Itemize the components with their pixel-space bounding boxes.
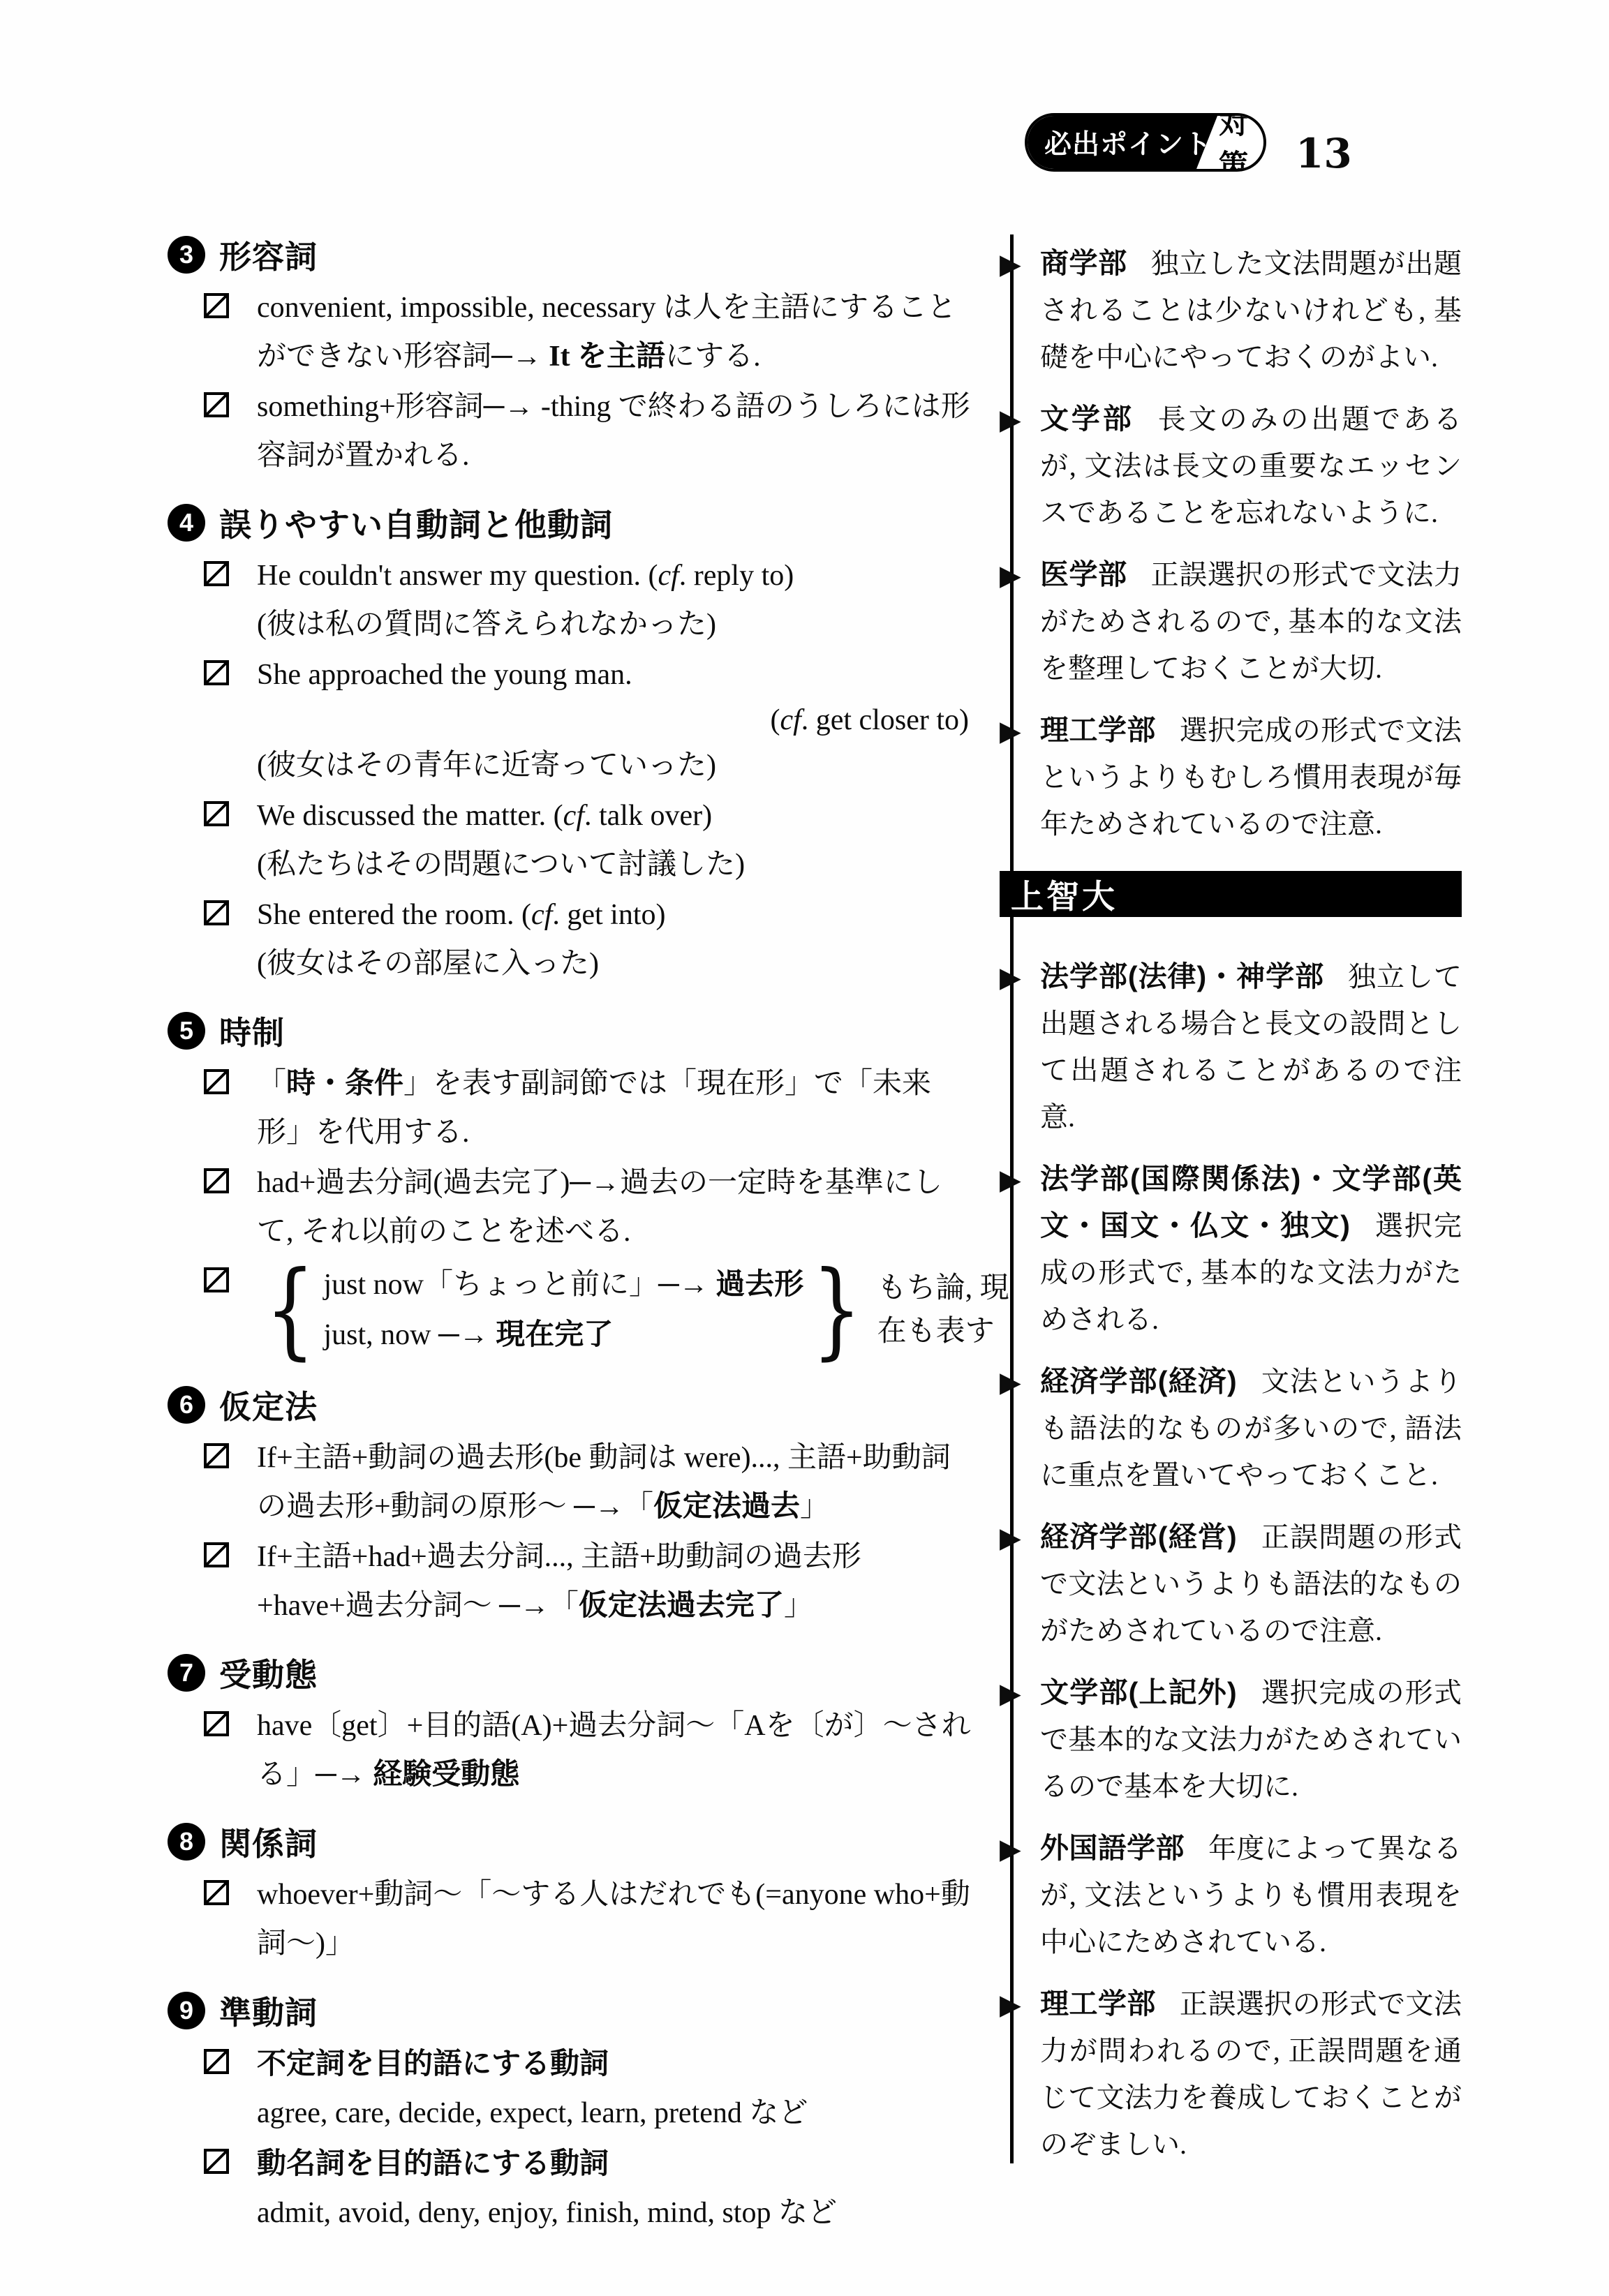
item-text: (私たちはその問題について討議した) xyxy=(257,840,972,889)
item-text: have〔get〕+目的語(A)+過去分詞〜「Aを〔が〕〜される」─→ 経験受動… xyxy=(257,1701,972,1799)
item-text: (彼は私の質問に答えられなかった) xyxy=(257,600,972,649)
triangle-bullet-icon: ▶ xyxy=(1000,1359,1021,1406)
faculty-item: ▶理工学部選択完成の形式で文法というよりもむしろ慣用表現が毎年ためされているので… xyxy=(1000,707,1462,847)
text-run: She entered the room. ( xyxy=(257,899,531,931)
item-text: If+主語+had+過去分詞..., 主語+助動詞の過去形+have+過去分詞〜… xyxy=(257,1533,972,1630)
text-run: cf xyxy=(658,560,679,592)
text-run: 」 xyxy=(800,1491,829,1523)
text-run: It を主語 xyxy=(549,341,665,373)
faculty-name: 経済学部(経済) xyxy=(1040,1365,1237,1397)
section-title: 形容詞 xyxy=(219,232,318,278)
checkbox-icon xyxy=(204,1168,229,1193)
checkbox-icon xyxy=(204,1880,229,1905)
triangle-bullet-icon: ▶ xyxy=(1000,241,1021,288)
badge-main-label: 必出ポイント xyxy=(1028,116,1217,169)
checklist-item: have〔get〕+目的語(A)+過去分詞〜「Aを〔が〕〜される」─→ 経験受動… xyxy=(168,1701,972,1799)
section-title: 誤りやすい自動詞と他動詞 xyxy=(219,500,613,546)
text-run: (彼女はその青年に近寄っていった) xyxy=(257,750,716,782)
checkbox-icon xyxy=(204,1711,229,1736)
section-title: 受動態 xyxy=(219,1650,318,1696)
text-run: (私たちはその問題について討議した) xyxy=(257,849,745,881)
section-number-icon: 8 xyxy=(168,1823,205,1861)
text-run: We discussed the matter. ( xyxy=(257,800,563,832)
item-text: something+形容詞─→ -thing で終わる語のうしろには形容詞が置か… xyxy=(257,382,972,480)
brace-open-icon: { xyxy=(265,1258,316,1362)
checkbox-icon xyxy=(204,561,229,586)
item-text: convenient, impossible, necessary は人を主語に… xyxy=(257,283,972,381)
faculty-advice-bottom: ▶法学部(法律)・神学部独立して出題される場合と長文の設問として出題されることが… xyxy=(1000,953,1462,2168)
grammar-checklist-column: 3形容詞convenient, impossible, necessary は人… xyxy=(168,233,972,2239)
checklist-item: convenient, impossible, necessary は人を主語に… xyxy=(168,283,972,381)
triangle-bullet-icon: ▶ xyxy=(1000,1671,1021,1717)
faculty-item: ▶法学部(国際関係法)・文学部(英文・国文・仏文・独文)選択完成の形式で, 基本… xyxy=(1000,1156,1462,1343)
section-header: 6仮定法 xyxy=(168,1383,972,1426)
brace-close-icon: } xyxy=(812,1258,862,1362)
checklist-item: had+過去分詞(過去完了)─→過去の一定時を基準にして, それ以前のことを述べ… xyxy=(168,1158,972,1256)
checkbox-icon xyxy=(204,392,229,417)
checklist-item: She approached the young man.(cf. get cl… xyxy=(168,650,972,790)
section-number-icon: 9 xyxy=(168,1992,205,2029)
text-run: (彼は私の質問に答えられなかった) xyxy=(257,609,716,641)
text-run: If+主語+動詞の過去形(be 動詞は were)..., 主語+助動詞の過去形… xyxy=(257,1442,951,1523)
section-header: 3形容詞 xyxy=(168,233,972,276)
faculty-name: 文学部 xyxy=(1040,403,1134,435)
checklist-item: 「時・条件」を表す副詞節では「現在形」で「未来形」を代用する. xyxy=(168,1059,972,1157)
text-run: にする. xyxy=(665,341,761,373)
section-header: 5時制 xyxy=(168,1009,972,1052)
text-run: 過去形 xyxy=(715,1269,803,1301)
section-header: 9準動詞 xyxy=(168,1989,972,2032)
brace-note: もち論, 現在も表す xyxy=(877,1267,1010,1353)
cf-note: (cf. get closer to) xyxy=(257,699,972,741)
text-run: 」 xyxy=(784,1590,813,1622)
badge-sub-label: 対策 xyxy=(1217,116,1263,169)
checkbox-icon xyxy=(204,293,229,318)
page-number: 13 xyxy=(1296,130,1352,177)
checklist-item: 不定詞を目的語にする動詞agree, care, decide, expect,… xyxy=(168,2039,972,2138)
faculty-item: ▶経済学部(経営)正誤問題の形式で文法というよりも語法的なものがためされているの… xyxy=(1000,1514,1462,1654)
faculty-advice-top: ▶商学部独立した文法問題が出題されることは少ないけれども, 基礎を中心にやってお… xyxy=(1000,240,1462,847)
triangle-bullet-icon: ▶ xyxy=(1000,1157,1021,1204)
item-text: admit, avoid, deny, enjoy, finish, mind,… xyxy=(257,2189,972,2237)
triangle-bullet-icon: ▶ xyxy=(1000,708,1021,755)
section-header: 7受動態 xyxy=(168,1651,972,1694)
grammar-section: 3形容詞convenient, impossible, necessary は人… xyxy=(168,233,972,480)
text-run: cf xyxy=(780,704,801,736)
item-text: He couldn't answer my question. (cf. rep… xyxy=(257,551,972,600)
checkbox-icon xyxy=(204,2149,229,2174)
text-run: 不定詞を目的語にする動詞 xyxy=(257,2047,609,2080)
checklist-item: something+形容詞─→ -thing で終わる語のうしろには形容詞が置か… xyxy=(168,382,972,480)
text-run: cf xyxy=(563,800,584,832)
item-text: whoever+動詞〜「〜する人はだれでも(=anyone who+動詞〜)」 xyxy=(257,1870,972,1968)
item-text: She entered the room. (cf. get into) xyxy=(257,890,972,939)
checkbox-icon xyxy=(204,1542,229,1567)
faculty-item: ▶理工学部正誤選択の形式で文法力が問われるので, 正誤問題を通じて文法力を養成し… xyxy=(1000,1981,1462,2168)
checkbox-icon xyxy=(204,2049,229,2074)
text-run: (彼女はその部屋に入った) xyxy=(257,948,599,980)
triangle-bullet-icon: ▶ xyxy=(1000,955,1021,1001)
faculty-item: ▶医学部正誤選択の形式で文法力がためされるので, 基本的な文法を整理しておくこと… xyxy=(1000,551,1462,692)
text-run: 「 xyxy=(257,1068,286,1100)
grammar-section: 8関係詞whoever+動詞〜「〜する人はだれでも(=anyone who+動詞… xyxy=(168,1820,972,1968)
text-run: admit, avoid, deny, enjoy, finish, mind,… xyxy=(257,2197,837,2229)
text-run: whoever+動詞〜「〜する人はだれでも(=anyone who+動詞〜)」 xyxy=(257,1879,970,1960)
checklist-item: If+主語+動詞の過去形(be 動詞は were)..., 主語+助動詞の過去形… xyxy=(168,1433,972,1531)
faculty-item: ▶商学部独立した文法問題が出題されることは少ないけれども, 基礎を中心にやってお… xyxy=(1000,240,1462,380)
section-number-icon: 5 xyxy=(168,1012,205,1050)
text-run: just, now ─→ xyxy=(323,1319,496,1351)
checkbox-icon xyxy=(204,900,229,925)
text-run: have〔get〕+目的語(A)+過去分詞〜「Aを〔が〕〜される」─→ xyxy=(257,1710,971,1791)
faculty-item: ▶法学部(法律)・神学部独立して出題される場合と長文の設問として出題されることが… xyxy=(1000,953,1462,1140)
grammar-section: 5時制「時・条件」を表す副詞節では「現在形」で「未来形」を代用する.had+過去… xyxy=(168,1009,972,1362)
triangle-bullet-icon: ▶ xyxy=(1000,1826,1021,1873)
text-run: . get into) xyxy=(552,899,665,931)
item-text: 動名詞を目的語にする動詞 xyxy=(257,2139,972,2189)
checkbox-icon xyxy=(204,660,229,685)
brace-line: just, now ─→ 現在完了 xyxy=(323,1310,803,1360)
header-badge: 必出ポイント 対策 xyxy=(1025,113,1266,172)
checkbox-icon xyxy=(204,801,229,826)
text-run: 仮定法過去完了 xyxy=(579,1590,784,1622)
checklist-item: If+主語+had+過去分詞..., 主語+助動詞の過去形+have+過去分詞〜… xyxy=(168,1533,972,1630)
section-title: 関係詞 xyxy=(219,1819,318,1865)
faculty-name: 商学部 xyxy=(1040,247,1127,279)
item-text: (彼女はその部屋に入った) xyxy=(257,939,972,988)
brace-group: {just now「ちょっと前に」─→ 過去形just, now ─→ 現在完了… xyxy=(257,1258,972,1362)
checklist-item: She entered the room. (cf. get into)(彼女は… xyxy=(168,890,972,988)
text-run: something+形容詞─→ -thing で終わる語のうしろには形容詞が置か… xyxy=(257,391,970,472)
section-header: 4誤りやすい自動詞と他動詞 xyxy=(168,501,972,544)
faculty-item: ▶文学部(上記外)選択完成の形式で基本的な文法力がためされているので基本を大切に… xyxy=(1000,1669,1462,1810)
section-number-icon: 7 xyxy=(168,1654,205,1692)
item-text: We discussed the matter. (cf. talk over) xyxy=(257,791,972,840)
checklist-item: We discussed the matter. (cf. talk over)… xyxy=(168,791,972,889)
item-text: She approached the young man. xyxy=(257,650,972,699)
grammar-section: 4誤りやすい自動詞と他動詞He couldn't answer my quest… xyxy=(168,501,972,988)
checkbox-icon xyxy=(204,1267,229,1292)
faculty-item: ▶経済学部(経済)文法というよりも語法的なものが多いので, 語法に重点を置いてや… xyxy=(1000,1358,1462,1498)
text-run: 時・条件 xyxy=(286,1068,403,1100)
text-run: ( xyxy=(770,704,780,736)
faculty-name: 外国語学部 xyxy=(1040,1832,1185,1864)
faculty-name: 理工学部 xyxy=(1040,714,1156,746)
faculty-advice-column: ▶商学部独立した文法問題が出題されることは少ないけれども, 基礎を中心にやってお… xyxy=(1000,240,1462,2183)
text-run: . reply to) xyxy=(679,560,794,592)
text-run: 経験受動態 xyxy=(373,1759,519,1791)
faculty-item: ▶文学部長文のみの出題であるが, 文法は長文の重要なエッセンスであることを忘れな… xyxy=(1000,396,1462,536)
item-text: agree, care, decide, expect, learn, pret… xyxy=(257,2089,972,2138)
brace-lines: just now「ちょっと前に」─→ 過去形just, now ─→ 現在完了 xyxy=(323,1260,803,1360)
section-title: 準動詞 xyxy=(219,1988,318,2034)
checklist-item: 動名詞を目的語にする動詞admit, avoid, deny, enjoy, f… xyxy=(168,2139,972,2237)
text-run: agree, care, decide, expect, learn, pret… xyxy=(257,2097,808,2129)
text-run: had+過去分詞(過去完了)─→過去の一定時を基準にして, それ以前のことを述べ… xyxy=(257,1167,942,1248)
scanned-page: 必出ポイント 対策 13 3形容詞convenient, impossible,… xyxy=(0,0,1609,2296)
checklist-item: He couldn't answer my question. (cf. rep… xyxy=(168,551,972,649)
grammar-section: 6仮定法If+主語+動詞の過去形(be 動詞は were)..., 主語+助動詞… xyxy=(168,1383,972,1630)
checkbox-icon xyxy=(204,1069,229,1094)
text-run: . talk over) xyxy=(584,800,712,832)
section-header: 8関係詞 xyxy=(168,1820,972,1863)
section-title: 時制 xyxy=(219,1008,285,1054)
triangle-bullet-icon: ▶ xyxy=(1000,1982,1021,2029)
faculty-name: 理工学部 xyxy=(1040,1988,1156,2020)
faculty-name: 文学部(上記外) xyxy=(1040,1676,1237,1708)
section-title: 仮定法 xyxy=(219,1382,318,1428)
brace-line: just now「ちょっと前に」─→ 過去形 xyxy=(323,1260,803,1310)
section-number-icon: 3 xyxy=(168,236,205,274)
item-text: If+主語+動詞の過去形(be 動詞は were)..., 主語+助動詞の過去形… xyxy=(257,1433,972,1531)
text-run: 現在完了 xyxy=(496,1319,613,1351)
text-run: 動名詞を目的語にする動詞 xyxy=(257,2147,609,2179)
text-run: cf xyxy=(531,899,552,931)
faculty-name: 法学部(法律)・神学部 xyxy=(1040,960,1324,992)
triangle-bullet-icon: ▶ xyxy=(1000,397,1021,444)
faculty-name: 経済学部(経営) xyxy=(1040,1521,1237,1553)
faculty-name: 医学部 xyxy=(1040,558,1127,590)
faculty-item: ▶外国語学部年度によって異なるが, 文法というよりも慣用表現を中心にためされてい… xyxy=(1000,1825,1462,1965)
section-number-icon: 6 xyxy=(168,1386,205,1424)
item-text: (彼女はその青年に近寄っていった) xyxy=(257,741,972,790)
checkbox-icon xyxy=(204,1443,229,1468)
item-text: had+過去分詞(過去完了)─→過去の一定時を基準にして, それ以前のことを述べ… xyxy=(257,1158,972,1256)
text-run: He couldn't answer my question. ( xyxy=(257,560,658,592)
triangle-bullet-icon: ▶ xyxy=(1000,1515,1021,1562)
item-text: 不定詞を目的語にする動詞 xyxy=(257,2039,972,2089)
university-banner: 上智大 xyxy=(1000,871,1462,917)
checklist-item: whoever+動詞〜「〜する人はだれでも(=anyone who+動詞〜)」 xyxy=(168,1870,972,1968)
text-run: just now「ちょっと前に」─→ xyxy=(323,1269,715,1301)
section-number-icon: 4 xyxy=(168,504,205,542)
text-run: She approached the young man. xyxy=(257,659,632,691)
checklist-item: {just now「ちょっと前に」─→ 過去形just, now ─→ 現在完了… xyxy=(168,1258,972,1362)
text-run: 仮定法過去 xyxy=(653,1491,800,1523)
grammar-section: 7受動態have〔get〕+目的語(A)+過去分詞〜「Aを〔が〕〜される」─→ … xyxy=(168,1651,972,1799)
text-run: . get closer to) xyxy=(801,704,969,736)
triangle-bullet-icon: ▶ xyxy=(1000,553,1021,599)
grammar-section: 9準動詞不定詞を目的語にする動詞agree, care, decide, exp… xyxy=(168,1989,972,2237)
item-text: 「時・条件」を表す副詞節では「現在形」で「未来形」を代用する. xyxy=(257,1059,972,1157)
